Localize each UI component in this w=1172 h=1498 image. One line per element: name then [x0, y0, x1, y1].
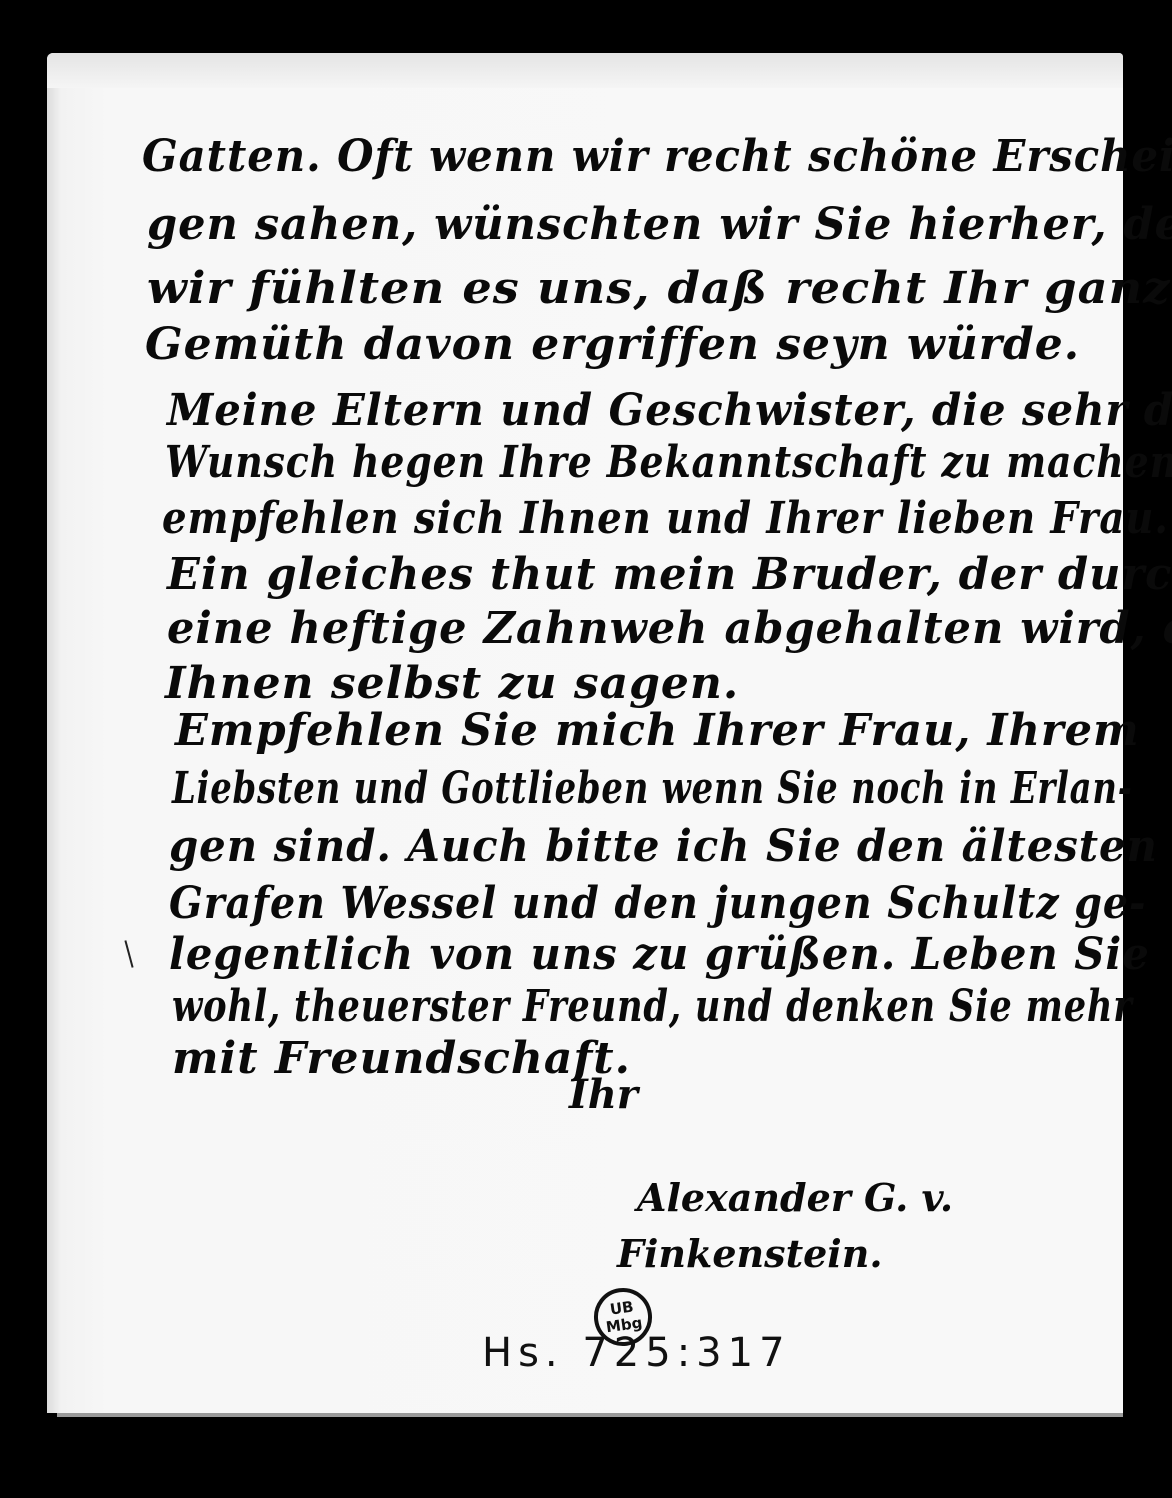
- letter-line-16: wohl, theuerster Freund, und denken Sie …: [172, 981, 1133, 1032]
- letter-line-12: Liebsten und Gottlieben wenn Sie noch in…: [172, 763, 1133, 814]
- letter-line-13: gen sind. Auch bitte ich Sie den älteste…: [169, 821, 1158, 872]
- letter-line-8: Ein gleiches thut mein Bruder, der durch: [167, 549, 1172, 600]
- letter-line-2: gen sahen, wünschten wir Sie hierher, de…: [147, 199, 1172, 250]
- letter-line-14: Grafen Wessel und den jungen Schultz ge-: [169, 878, 1146, 929]
- letter-line-4: Gemüth davon ergriffen seyn würde.: [145, 319, 1080, 370]
- letter-line-17: mit Freundschaft.: [172, 1033, 631, 1084]
- letter-line-5: Meine Eltern und Geschwister, die sehr d…: [167, 385, 1172, 436]
- letter-line-3: wir fühlten es uns, daß recht Ihr ganzes: [147, 263, 1172, 314]
- letter-line-6: Wunsch hegen Ihre Bekanntschaft zu mache…: [165, 437, 1172, 488]
- signature-name: Alexander G. v.: [637, 1175, 953, 1220]
- letter-page: Gatten. Oft wenn wir recht schöne Ersche…: [47, 53, 1123, 1413]
- letter-line-1: Gatten. Oft wenn wir recht schöne Ersche…: [142, 131, 1172, 182]
- signature-surname: Finkenstein.: [617, 1231, 883, 1276]
- letter-line-9: eine heftige Zahnweh abgehalten wird, es: [167, 603, 1172, 654]
- letter-line-11: Empfehlen Sie mich Ihrer Frau, Ihrem: [175, 705, 1140, 756]
- letter-line-15: legentlich von uns zu grüßen. Leben Sie: [169, 929, 1150, 980]
- shelfmark: Hs. 725:317: [482, 1330, 791, 1376]
- letter-line-7: empfehlen sich Ihnen und Ihrer lieben Fr…: [162, 493, 1169, 544]
- letter-line-10: Ihnen selbst zu sagen.: [165, 658, 739, 709]
- closing: Ihr: [569, 1071, 638, 1118]
